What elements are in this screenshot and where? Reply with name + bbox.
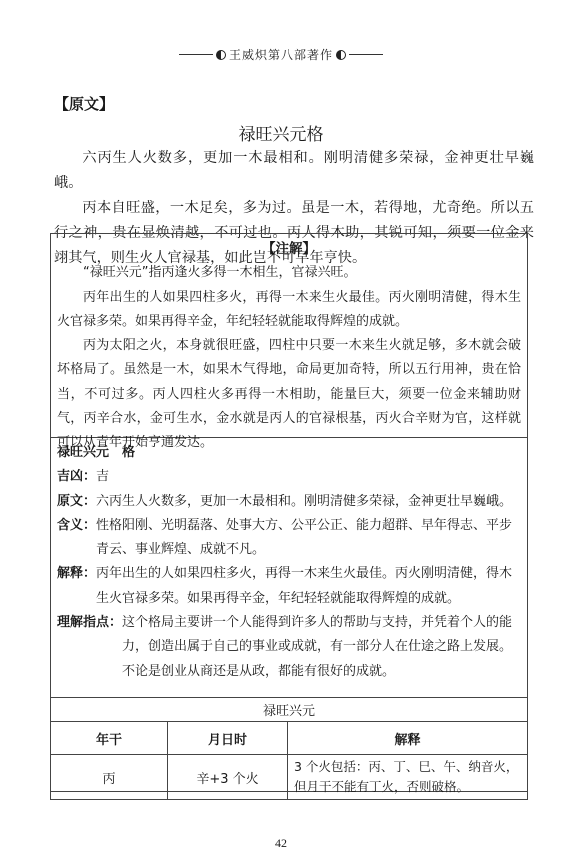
summary-key: 理解指点： (57, 611, 122, 684)
yin-yang-icon (216, 50, 226, 60)
table-cell: 丙 (51, 755, 168, 800)
table-cell: 3 个火包括：丙、丁、巳、午、纳音火，但月干不能有丁火，否则破格。 (288, 755, 528, 800)
notes-paragraph: 丙年出生的人如果四柱多火，再得一木来生火最佳。丙火刚明清健，得木生火官禄多荣。如… (57, 286, 521, 335)
running-head-text: 王威炽第八部著作 (229, 46, 333, 63)
notes-heading: 【注解】 (57, 237, 521, 261)
table-header: 解释 (288, 722, 528, 755)
notes-section: 【注解】 “禄旺兴元”指丙逢火多得一木相生，官禄兴旺。 丙年出生的人如果四柱多火… (51, 234, 527, 438)
summary-key: 吉凶： (57, 465, 96, 489)
running-head: 王威炽第八部著作 (0, 46, 562, 63)
summary-key: 含义： (57, 514, 96, 563)
table-cell: 辛+3 个火 (168, 755, 288, 800)
summary-key: 解释： (57, 562, 96, 611)
table-header: 年干 (51, 722, 168, 755)
summary-section: 禄旺兴元 格 吉凶： 吉 原文： 六丙生人火数多，更加一木最相和。刚明清健多荣禄… (51, 438, 527, 684)
table-row: 丙 辛+3 个火 3 个火包括：丙、丁、巳、午、纳音火，但月干不能有丁火，否则破… (51, 755, 528, 800)
summary-row: 吉凶： 吉 (57, 465, 521, 489)
summary-row: 原文： 六丙生人火数多，更加一木最相和。刚明清健多荣禄，金神更壮早巍峨。 (57, 490, 521, 514)
original-verse: 六丙生人火数多，更加一木最相和。刚明清健多荣禄，金神更壮早巍峨。 (54, 146, 534, 196)
chapter-title: 禄旺兴元格 (0, 120, 562, 145)
pattern-table: 禄旺兴元 年干 月日时 解释 丙 辛+3 个火 3 个火包括：丙、丁、巳、午、纳… (50, 697, 528, 800)
summary-value: 丙年出生的人如果四柱多火，再得一木来生火最佳。丙火刚明清健，得木生火官禄多荣。如… (96, 562, 521, 611)
summary-row: 解释： 丙年出生的人如果四柱多火，再得一木来生火最佳。丙火刚明清健，得木生火官禄… (57, 562, 521, 611)
summary-title: 禄旺兴元 格 (57, 441, 521, 465)
notes-paragraph: “禄旺兴元”指丙逢火多得一木相生，官禄兴旺。 (57, 261, 521, 285)
summary-key: 原文： (57, 490, 96, 514)
yin-yang-icon (336, 50, 346, 60)
rule-right (349, 54, 383, 55)
annotation-box: 【注解】 “禄旺兴元”指丙逢火多得一木相生，官禄兴旺。 丙年出生的人如果四柱多火… (50, 233, 528, 792)
summary-value: 这个格局主要讲一个人能得到许多人的帮助与支持，并凭着个人的能力，创造出属于自己的… (122, 611, 521, 684)
summary-row: 含义： 性格阳刚、光明磊落、处事大方、公平公正、能力超群、早年得志、平步青云、事… (57, 514, 521, 563)
summary-value: 性格阳刚、光明磊落、处事大方、公平公正、能力超群、早年得志、平步青云、事业辉煌、… (96, 514, 521, 563)
table-title: 禄旺兴元 (51, 698, 528, 722)
section-label: 【原文】 (54, 93, 114, 114)
summary-value: 六丙生人火数多，更加一木最相和。刚明清健多荣禄，金神更壮早巍峨。 (96, 490, 521, 514)
rule-left (179, 54, 213, 55)
summary-row: 理解指点： 这个格局主要讲一个人能得到许多人的帮助与支持，并凭着个人的能力，创造… (57, 611, 521, 684)
summary-value: 吉 (96, 465, 521, 489)
page-number: 42 (0, 836, 562, 851)
table-header: 月日时 (168, 722, 288, 755)
